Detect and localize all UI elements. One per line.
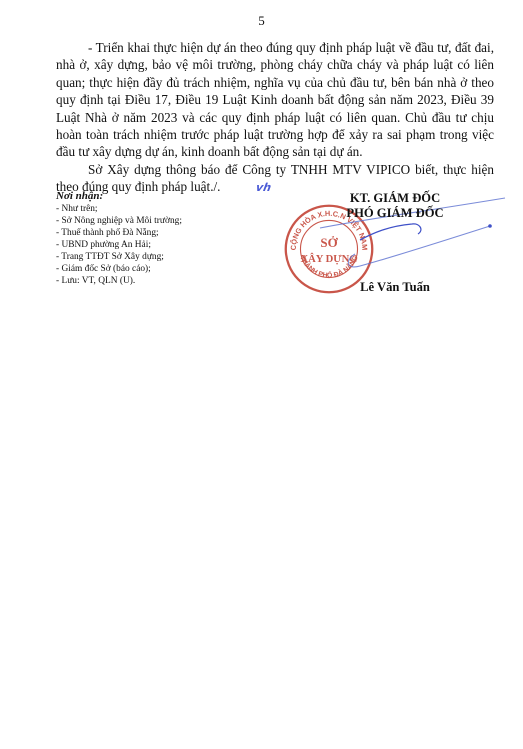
recipient-item: - Giám đốc Sở (báo cáo); — [56, 263, 182, 275]
recipient-item: - Thuế thành phố Đà Nẵng; — [56, 227, 182, 239]
recipient-item: - Trang TTĐT Sở Xây dựng; — [56, 251, 182, 263]
signature-block: KT. GIÁM ĐỐC PHÓ GIÁM ĐỐC — [320, 191, 470, 221]
handwritten-initials: vh — [223, 179, 273, 196]
document-body: - Triển khai thực hiện dự án theo đúng q… — [56, 39, 494, 197]
signature-title-line1: KT. GIÁM ĐỐC — [320, 191, 470, 206]
recipients-block: Nơi nhận: - Như trên; - Sở Nông nghiệp v… — [56, 190, 182, 287]
recipient-item: - UBND phường An Hải; — [56, 239, 182, 251]
recipient-item: - Sở Nông nghiệp và Môi trường; — [56, 215, 182, 227]
recipient-item: - Lưu: VT, QLN (U). — [56, 275, 182, 287]
signer-name: Lê Văn Tuấn — [320, 280, 470, 295]
page-number: 5 — [0, 13, 523, 29]
recipient-item: - Như trên; — [56, 203, 182, 215]
recipients-title: Nơi nhận: — [56, 190, 182, 202]
signature-title-line2: PHÓ GIÁM ĐỐC — [320, 206, 470, 221]
paragraph-implementation: - Triển khai thực hiện dự án theo đúng q… — [56, 39, 494, 161]
